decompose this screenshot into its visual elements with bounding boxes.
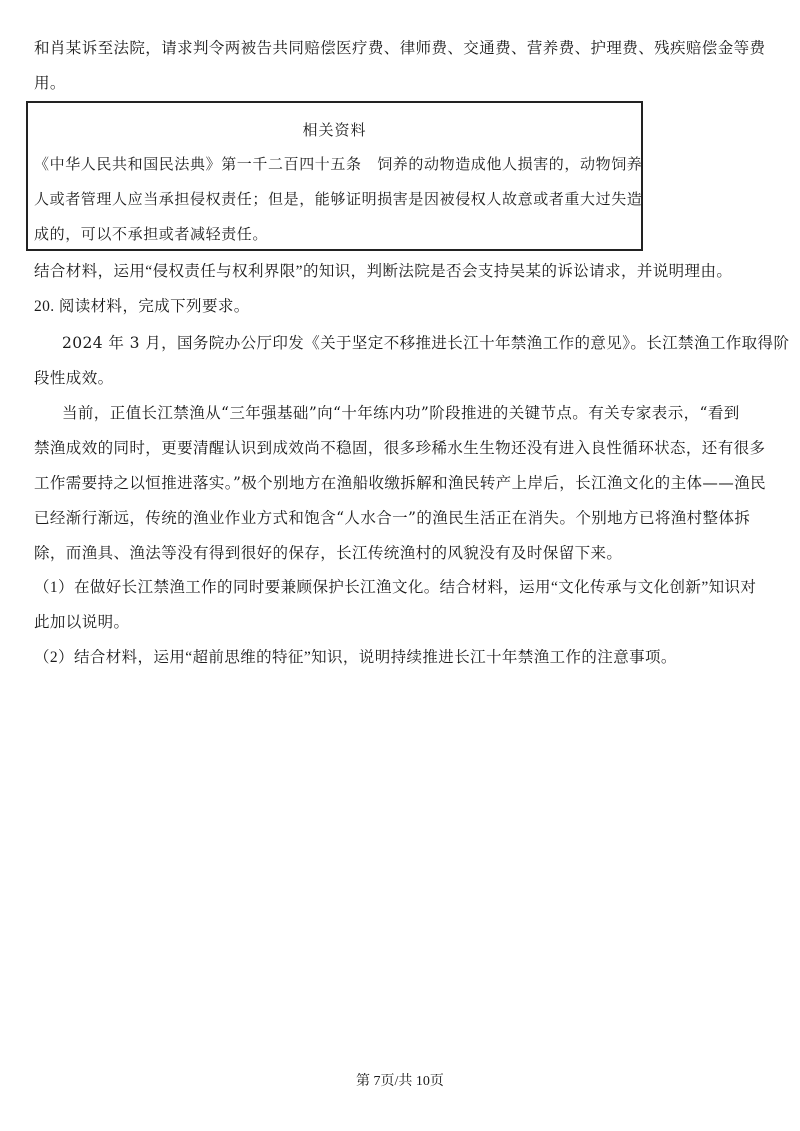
reference-box-title: 相关资料 xyxy=(28,119,641,140)
reference-line-1: 《中华人民共和国民法典》第一千二百四十五条 饲养的动物造成他人损害的，动物饲养 xyxy=(34,154,642,174)
q20-para2-line-2: 禁渔成效的同时，更要清醒认识到成效尚不稳固，很多珍稀水生生物还没有进入良性循环状… xyxy=(34,438,765,458)
q20-para2-line-1: 当前，正值长江禁渔从“三年强基础”向“十年练内功”阶段推进的关键节点。有关专家表… xyxy=(62,403,740,423)
q20-sub1-line-2: 此加以说明。 xyxy=(34,613,129,633)
q20-para2-line-4: 已经渐行渐远，传统的渔业作业方式和饱含“人水合一”的渔民生活正在消失。个别地方已… xyxy=(34,508,750,528)
q19-question: 结合材料，运用“侵权责任与权利界限”的知识，判断法院是否会支持吴某的诉讼请求，并… xyxy=(34,262,732,282)
intro-line-1: 和肖某诉至法院，请求判令两被告共同赔偿医疗费、律师费、交通费、营养费、护理费、残… xyxy=(34,38,765,58)
q20-sub2: （2）结合材料，运用“超前思维的特征”知识，说明持续推进长江十年禁渔工作的注意事… xyxy=(34,648,677,668)
q20-para2-line-3: 工作需要持之以恒推进落实。”极个别地方在渔船收缴拆解和渔民转产上岸后，长江渔文化… xyxy=(34,473,766,493)
q20-sub1-line-1: （1）在做好长江禁渔工作的同时要兼顾保护长江渔文化。结合材料，运用“文化传承与文… xyxy=(34,578,756,598)
reference-box: 相关资料 《中华人民共和国民法典》第一千二百四十五条 饲养的动物造成他人损害的，… xyxy=(26,101,643,251)
intro-line-2: 用。 xyxy=(34,73,66,93)
q20-para1-line-1: 2024 年 3 月，国务院办公厅印发《关于坚定不移推进长江十年禁渔工作的意见》… xyxy=(62,333,789,353)
q20-para1-line-2: 段性成效。 xyxy=(34,368,114,388)
reference-line-2: 人或者管理人应当承担侵权责任；但是，能够证明损害是因被侵权人故意或者重大过失造 xyxy=(34,189,642,209)
q20-para2-line-5: 除，而渔具、渔法等没有得到很好的保存，长江传统渔村的风貌没有及时保留下来。 xyxy=(34,543,622,563)
page-footer: 第 7页/共 10页 xyxy=(0,1070,800,1090)
reference-line-3: 成的，可以不承担或者减轻责任。 xyxy=(34,224,268,244)
q20-heading: 20. 阅读材料，完成下列要求。 xyxy=(34,297,250,317)
